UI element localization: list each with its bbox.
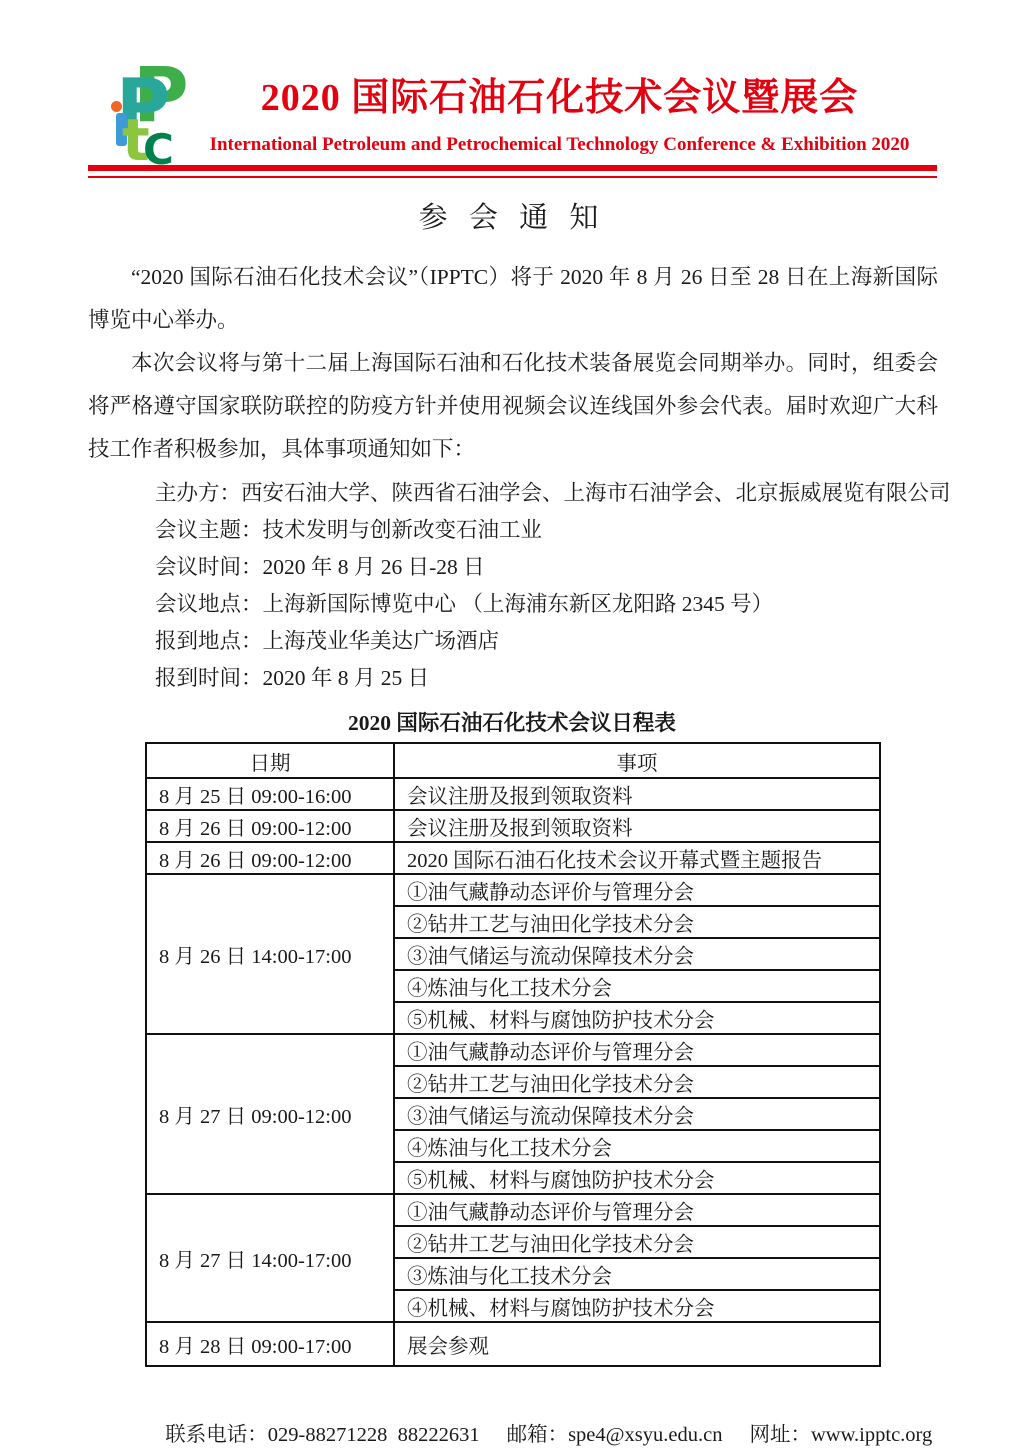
detail-conference-time: 会议时间：2020 年 8 月 26 日-28 日 bbox=[155, 549, 938, 586]
contact-phone-value: 029-88271228 88222631 bbox=[268, 1424, 480, 1446]
notice-heading: 参 会 通 知 bbox=[0, 195, 1024, 236]
column-header-date: 日期 bbox=[146, 743, 394, 778]
detail-label: 主办方： bbox=[155, 481, 241, 505]
item-cell: ①油气藏静动态评价与管理分会 bbox=[394, 874, 880, 906]
table-row: 8 月 25 日 09:00-16:00 会议注册及报到领取资料 bbox=[146, 778, 880, 810]
contact-email: 邮箱：spe4@xsyu.edu.cn bbox=[507, 1424, 723, 1446]
item-cell: ②钻井工艺与油田化学技术分会 bbox=[394, 1226, 880, 1258]
item-cell: ④炼油与化工技术分会 bbox=[394, 1130, 880, 1162]
item-cell: 会议注册及报到领取资料 bbox=[394, 778, 880, 810]
schedule-table: 日期 事项 8 月 25 日 09:00-16:00 会议注册及报到领取资料 8… bbox=[145, 742, 881, 1367]
item-cell: ③油气储运与流动保障技术分会 bbox=[394, 938, 880, 970]
contact-website-label: 网址： bbox=[749, 1424, 811, 1446]
date-cell: 8 月 26 日 14:00-17:00 bbox=[146, 874, 394, 1034]
detail-label: 会议地点： bbox=[155, 592, 263, 616]
item-cell: ④机械、材料与腐蚀防护技术分会 bbox=[394, 1290, 880, 1322]
item-cell: ④炼油与化工技术分会 bbox=[394, 970, 880, 1002]
item-cell: 会议注册及报到领取资料 bbox=[394, 810, 880, 842]
notice-body: “2020 国际石油石化技术会议”（IPPTC）将于 2020 年 8 月 26… bbox=[88, 256, 938, 697]
table-row: 8 月 26 日 09:00-12:00 2020 国际石油石化技术会议开幕式暨… bbox=[146, 842, 880, 874]
table-row: 8 月 26 日 09:00-12:00 会议注册及报到领取资料 bbox=[146, 810, 880, 842]
table-row: 8 月 26 日 14:00-17:00 ①油气藏静动态评价与管理分会 bbox=[146, 874, 880, 906]
conference-title-cn: 2020 国际石油石化技术会议暨展会 bbox=[165, 66, 954, 121]
contact-phone-label: 联系电话： bbox=[165, 1424, 268, 1446]
detail-organizers: 主办方：西安石油大学、陕西省石油学会、上海市石油学会、北京振威展览有限公司 bbox=[155, 475, 938, 512]
item-cell: ③油气储运与流动保障技术分会 bbox=[394, 1098, 880, 1130]
detail-value: 2020 年 8 月 26 日-28 日 bbox=[263, 555, 485, 579]
contact-email-value: spe4@xsyu.edu.cn bbox=[568, 1424, 722, 1446]
item-cell: ⑤机械、材料与腐蚀防护技术分会 bbox=[394, 1162, 880, 1194]
detail-value: 上海茂业华美达广场酒店 bbox=[263, 629, 500, 653]
detail-value: 西安石油大学、陕西省石油学会、上海市石油学会、北京振威展览有限公司 bbox=[241, 481, 951, 505]
schedule-table-caption: 2020 国际石油石化技术会议日程表 bbox=[0, 706, 1024, 737]
contact-phone: 联系电话：029-88271228 88222631 bbox=[165, 1424, 479, 1446]
date-cell: 8 月 27 日 09:00-12:00 bbox=[146, 1034, 394, 1194]
item-cell: 展会参观 bbox=[394, 1322, 880, 1366]
detail-value: 上海新国际博览中心 （上海浦东新区龙阳路 2345 号） bbox=[263, 592, 774, 616]
item-cell: ③炼油与化工技术分会 bbox=[394, 1258, 880, 1290]
contact-email-label: 邮箱： bbox=[507, 1424, 569, 1446]
item-cell: ①油气藏静动态评价与管理分会 bbox=[394, 1194, 880, 1226]
column-header-item: 事项 bbox=[394, 743, 880, 778]
table-header-row: 日期 事项 bbox=[146, 743, 880, 778]
date-cell: 8 月 26 日 09:00-12:00 bbox=[146, 810, 394, 842]
document-header: P P t C 2020 国际石油石化技术会议暨展会 International… bbox=[0, 0, 1024, 150]
contact-website: 网址：www.ipptc.org bbox=[749, 1424, 932, 1446]
paragraph-2: 本次会议将与第十二届上海国际石油和石化技术装备展览会同期举办。同时，组委会将严格… bbox=[88, 342, 938, 471]
table-row: 8 月 28 日 09:00-17:00 展会参观 bbox=[146, 1322, 880, 1366]
date-cell: 8 月 28 日 09:00-17:00 bbox=[146, 1322, 394, 1366]
detail-label: 报到时间： bbox=[155, 666, 263, 690]
detail-label: 会议主题： bbox=[155, 518, 263, 542]
ipptc-logo-icon: P P t C bbox=[95, 45, 245, 190]
date-cell: 8 月 25 日 09:00-16:00 bbox=[146, 778, 394, 810]
item-cell: ①油气藏静动态评价与管理分会 bbox=[394, 1034, 880, 1066]
logo-letter-c: C bbox=[143, 129, 174, 171]
paragraph-1: “2020 国际石油石化技术会议”（IPPTC）将于 2020 年 8 月 26… bbox=[88, 256, 938, 342]
detail-theme: 会议主题：技术发明与创新改变石油工业 bbox=[155, 512, 938, 549]
header-titles: 2020 国际石油石化技术会议暨展会 International Petrole… bbox=[165, 0, 954, 156]
detail-label: 报到地点： bbox=[155, 629, 263, 653]
date-cell: 8 月 26 日 09:00-12:00 bbox=[146, 842, 394, 874]
logo-i-dot bbox=[111, 101, 122, 112]
table-row: 8 月 27 日 09:00-12:00 ①油气藏静动态评价与管理分会 bbox=[146, 1034, 880, 1066]
item-cell: ⑤机械、材料与腐蚀防护技术分会 bbox=[394, 1002, 880, 1034]
item-cell: ②钻井工艺与油田化学技术分会 bbox=[394, 1066, 880, 1098]
detail-checkin-time: 报到时间：2020 年 8 月 25 日 bbox=[155, 660, 938, 697]
detail-value: 技术发明与创新改变石油工业 bbox=[263, 518, 543, 542]
contact-website-value: www.ipptc.org bbox=[811, 1424, 932, 1446]
date-cell: 8 月 27 日 14:00-17:00 bbox=[146, 1194, 394, 1322]
detail-label: 会议时间： bbox=[155, 555, 263, 579]
conference-details: 主办方：西安石油大学、陕西省石油学会、上海市石油学会、北京振威展览有限公司 会议… bbox=[155, 475, 938, 697]
contact-footer: 联系电话：029-88271228 88222631邮箱：spe4@xsyu.e… bbox=[155, 1394, 1024, 1447]
item-cell: ②钻井工艺与油田化学技术分会 bbox=[394, 906, 880, 938]
item-cell: 2020 国际石油石化技术会议开幕式暨主题报告 bbox=[394, 842, 880, 874]
detail-conference-venue: 会议地点：上海新国际博览中心 （上海浦东新区龙阳路 2345 号） bbox=[155, 586, 938, 623]
detail-checkin-venue: 报到地点：上海茂业华美达广场酒店 bbox=[155, 623, 938, 660]
detail-value: 2020 年 8 月 25 日 bbox=[263, 666, 430, 690]
conference-title-en: International Petroleum and Petrochemica… bbox=[165, 134, 954, 156]
table-row: 8 月 27 日 14:00-17:00 ①油气藏静动态评价与管理分会 bbox=[146, 1194, 880, 1226]
